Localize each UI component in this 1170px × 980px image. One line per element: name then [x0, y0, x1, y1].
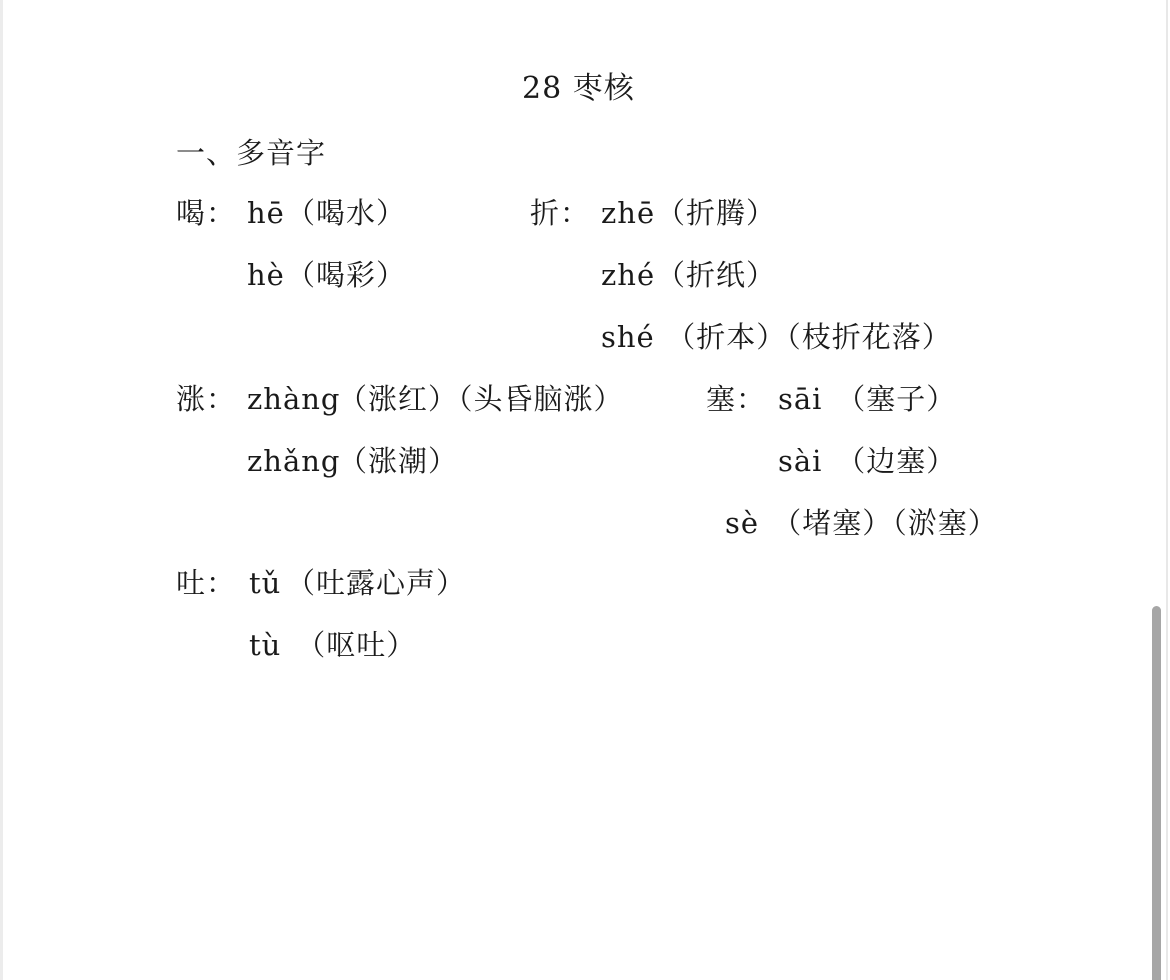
- pinyin: zhǎng: [247, 444, 341, 478]
- pinyin: hè: [247, 258, 285, 292]
- page-title: 28 枣核: [522, 72, 635, 106]
- example-words: （喝彩）: [286, 258, 406, 292]
- pinyin: tǔ: [249, 566, 281, 600]
- pinyin: zhé: [601, 258, 655, 292]
- vertical-scrollbar-thumb[interactable]: [1152, 606, 1161, 980]
- section-heading: 一、多音字: [176, 136, 326, 170]
- char-label-he: 喝：: [176, 196, 236, 230]
- pinyin: sāi: [778, 382, 822, 416]
- example-words: （呕吐）: [286, 628, 416, 662]
- example-words: （折本）（枝折花落）: [656, 320, 952, 354]
- pinyin: tù: [249, 628, 281, 662]
- example-words: （堵塞）（淤塞）: [762, 506, 998, 540]
- pinyin: shé: [601, 320, 655, 354]
- page-left-edge: [0, 0, 3, 980]
- example-words: （喝水）: [286, 196, 406, 230]
- pinyin: zhàng: [247, 382, 341, 416]
- example-words: （边塞）: [826, 444, 956, 478]
- char-label-tu: 吐：: [176, 566, 236, 600]
- char-label-zhang: 涨：: [176, 382, 236, 416]
- page-right-edge: [1166, 0, 1168, 980]
- pinyin: zhē: [601, 196, 655, 230]
- char-label-zhe: 折：: [530, 196, 590, 230]
- example-words: （吐露心声）: [286, 566, 466, 600]
- pinyin: sè: [725, 506, 759, 540]
- example-words: （涨潮）: [338, 444, 458, 478]
- char-label-sai: 塞：: [706, 382, 766, 416]
- pinyin: sài: [778, 444, 822, 478]
- example-words: （涨红）（头昏脑涨）: [338, 382, 624, 416]
- example-words: （折纸）: [656, 258, 776, 292]
- example-words: （折腾）: [656, 196, 776, 230]
- example-words: （塞子）: [826, 382, 956, 416]
- pinyin: hē: [247, 196, 285, 230]
